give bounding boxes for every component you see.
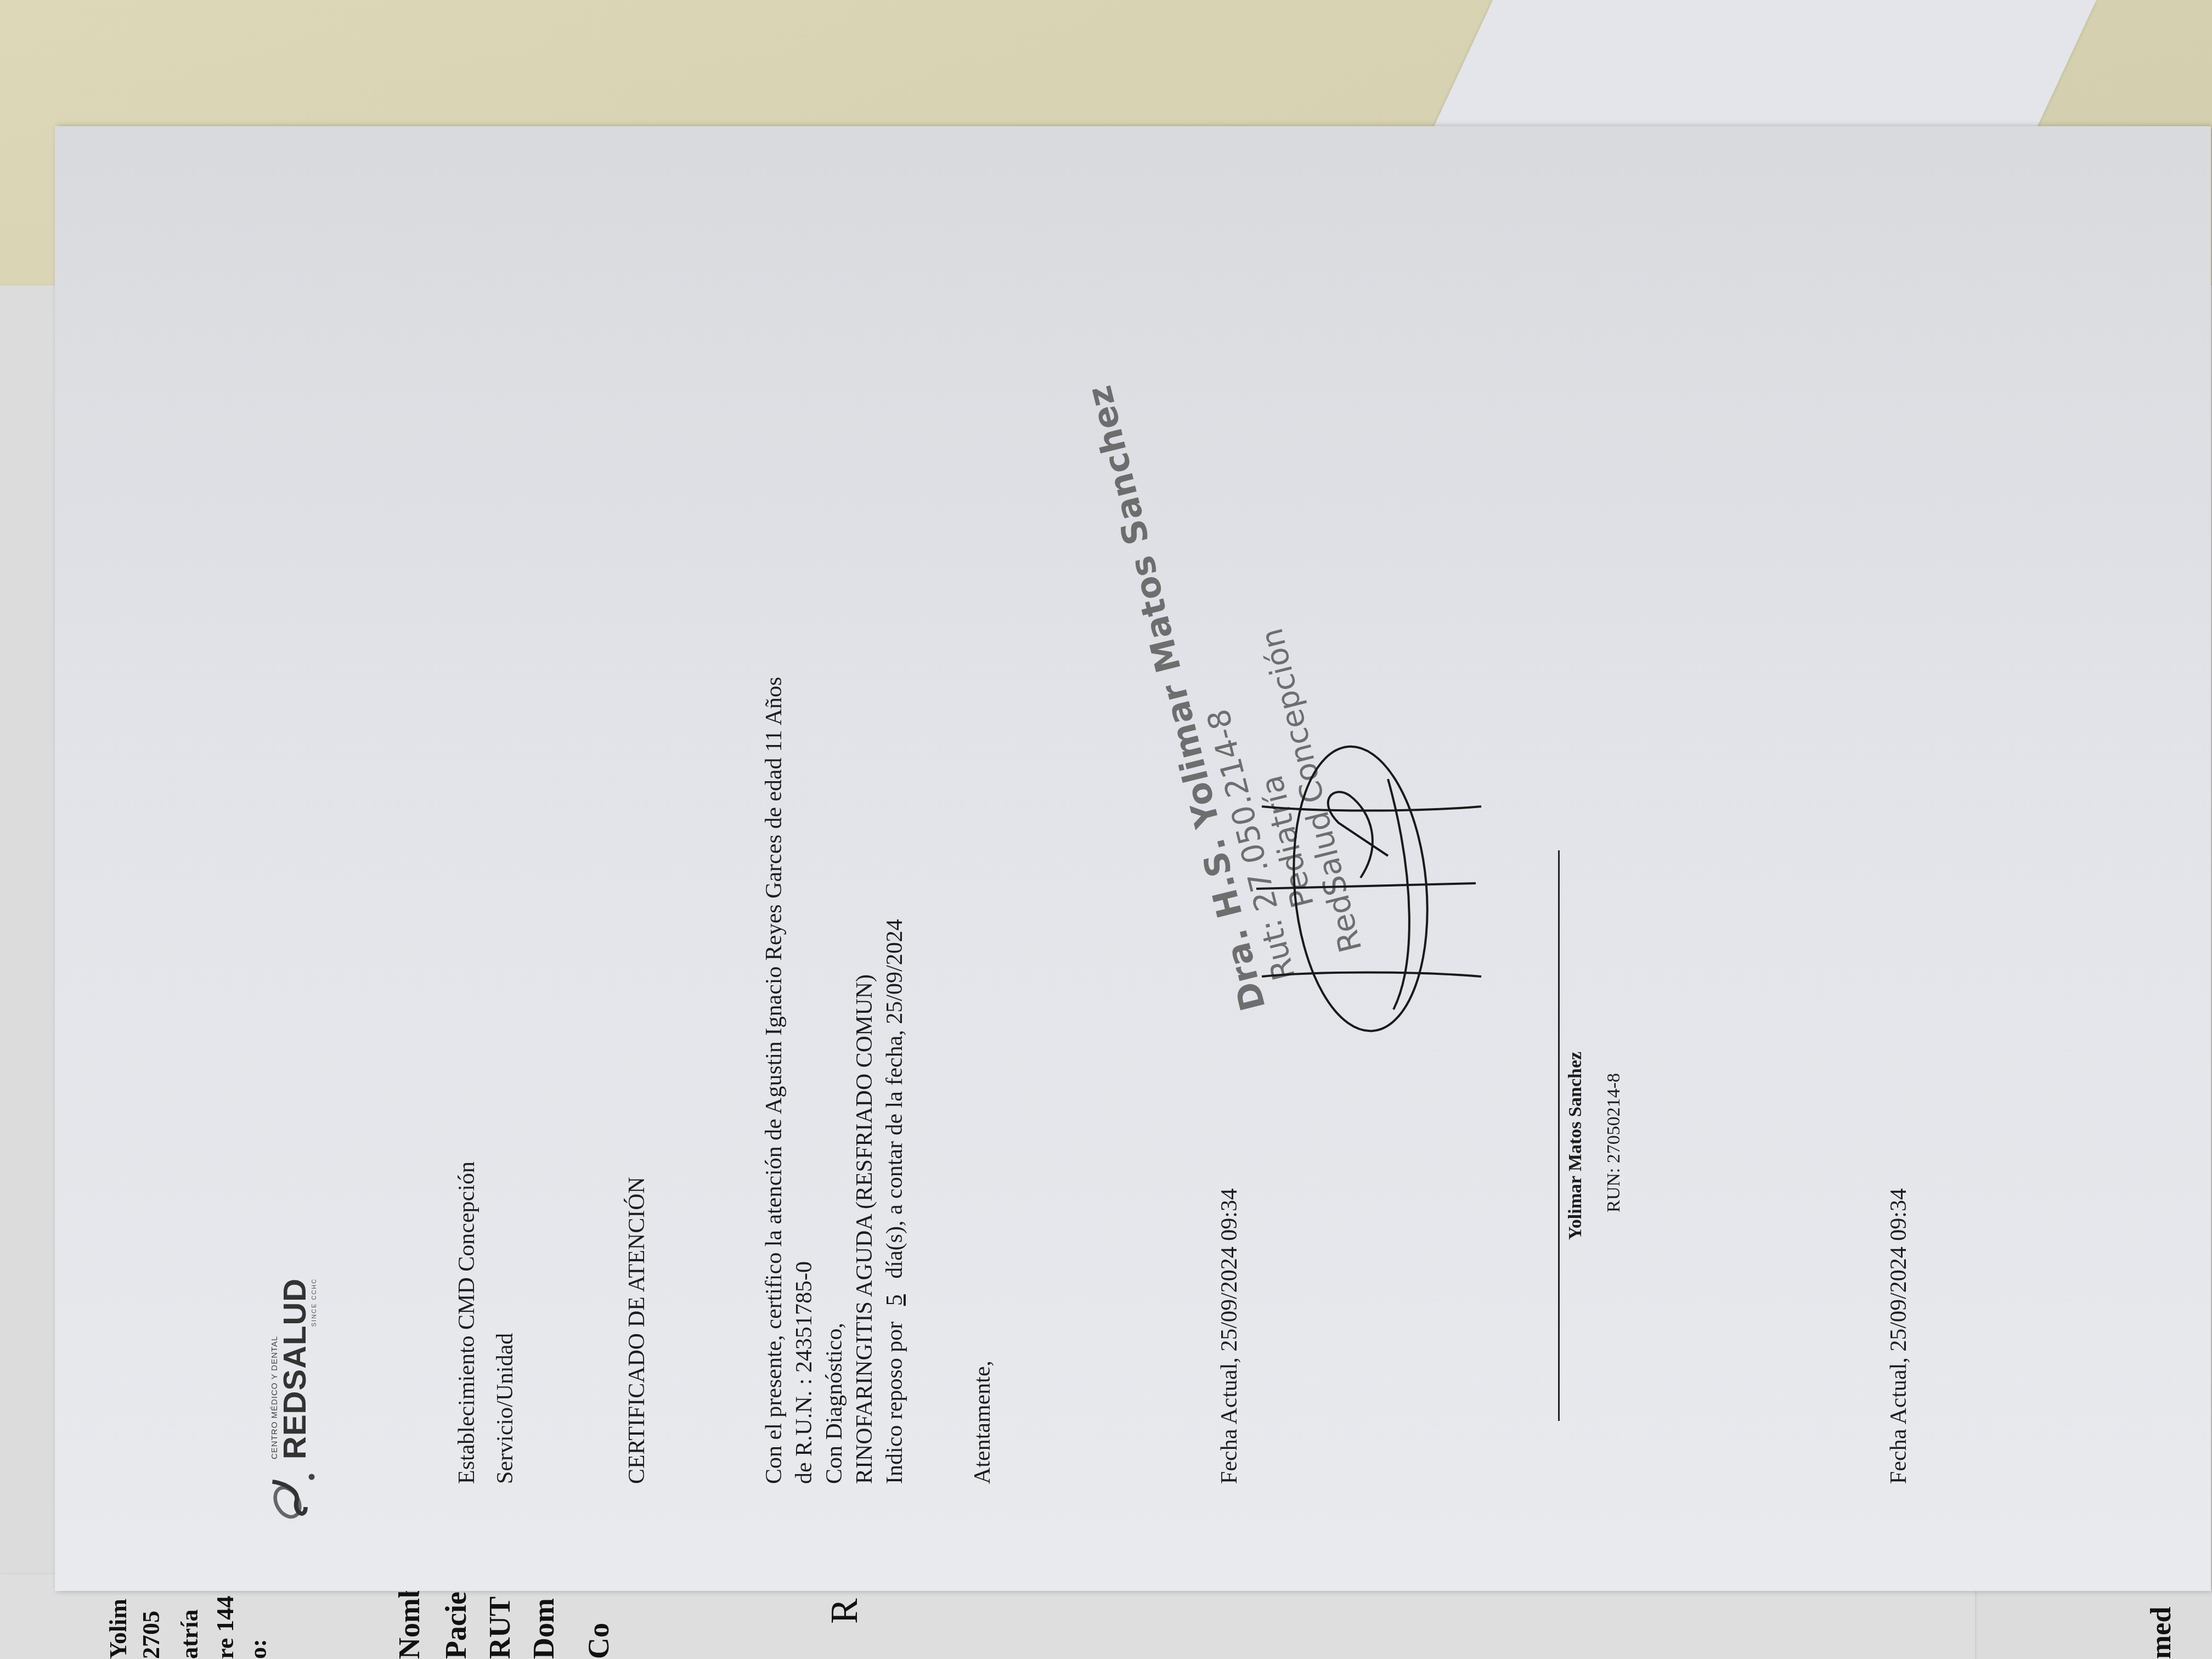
body-line-3: Con Diagnóstico, [823, 1323, 846, 1484]
date-line-1: Fecha Actual, 25/09/2024 09:34 [1218, 1188, 1241, 1484]
back-fragment-9: Co [582, 1623, 616, 1659]
logo-sub-text: SINCE CCHC [311, 1278, 318, 1327]
back-fragment-5: Nomb [392, 1582, 426, 1659]
rest-days-value: 5 [882, 1284, 907, 1316]
closing: Atentamente, [971, 1361, 994, 1484]
signer-run: RUN: 27050214-8 [1605, 1073, 1623, 1212]
logo-brand: REDSALUD [279, 1278, 311, 1459]
service-line: Servicio/Unidad [494, 1333, 517, 1484]
diagnosis: RINOFARINGITIS AGUDA (RESFRIADO COMUN) [853, 974, 876, 1484]
back-fragment-7: RUT [483, 1596, 517, 1659]
signer-name: Yolimar Matos Sanchez [1566, 1052, 1585, 1240]
certificate-sheet: CENTRO MÉDICO Y DENTAL REDSALUD SINCE CC… [55, 126, 2211, 1591]
rest-suffix: día(s), a contar de la fecha, 25/09/2024 [882, 919, 907, 1278]
rest-prefix: Indico reposo por [882, 1322, 907, 1484]
back-fragment-8: Dom [527, 1598, 561, 1659]
redsalud-logo: CENTRO MÉDICO Y DENTAL REDSALUD SINCE CC… [263, 1278, 324, 1525]
establishment-line: Establecimiento CMD Concepción [455, 1161, 478, 1484]
back-fragment-4: o: [244, 1639, 272, 1659]
signature-line [1558, 850, 1560, 1421]
back-fragment-0: Yolim [104, 1599, 132, 1659]
back-fragment-1: 2705 [137, 1611, 165, 1659]
rest-line: Indico reposo por 5 día(s), a contar de … [883, 919, 906, 1484]
back-fragment-11: med [2145, 1607, 2177, 1659]
back-fragment-3: re 144 [211, 1596, 239, 1659]
handwritten-signature [1251, 735, 1498, 1042]
back-fragment-2: atría [176, 1610, 204, 1659]
back-sheet-top [1426, 0, 2096, 143]
redsalud-logo-icon [263, 1465, 324, 1525]
back-fragment-10: R [823, 1598, 867, 1624]
body-line-1: Con el presente, certifico la atención d… [763, 677, 786, 1484]
body-line-2: de R.U.N. : 24351785-0 [793, 1261, 816, 1484]
back-fragment-6: Pacie [439, 1592, 473, 1659]
date-line-2: Fecha Actual, 25/09/2024 09:34 [1887, 1188, 1910, 1484]
certificate-title: CERTIFICADO DE ATENCIÓN [625, 1177, 648, 1484]
